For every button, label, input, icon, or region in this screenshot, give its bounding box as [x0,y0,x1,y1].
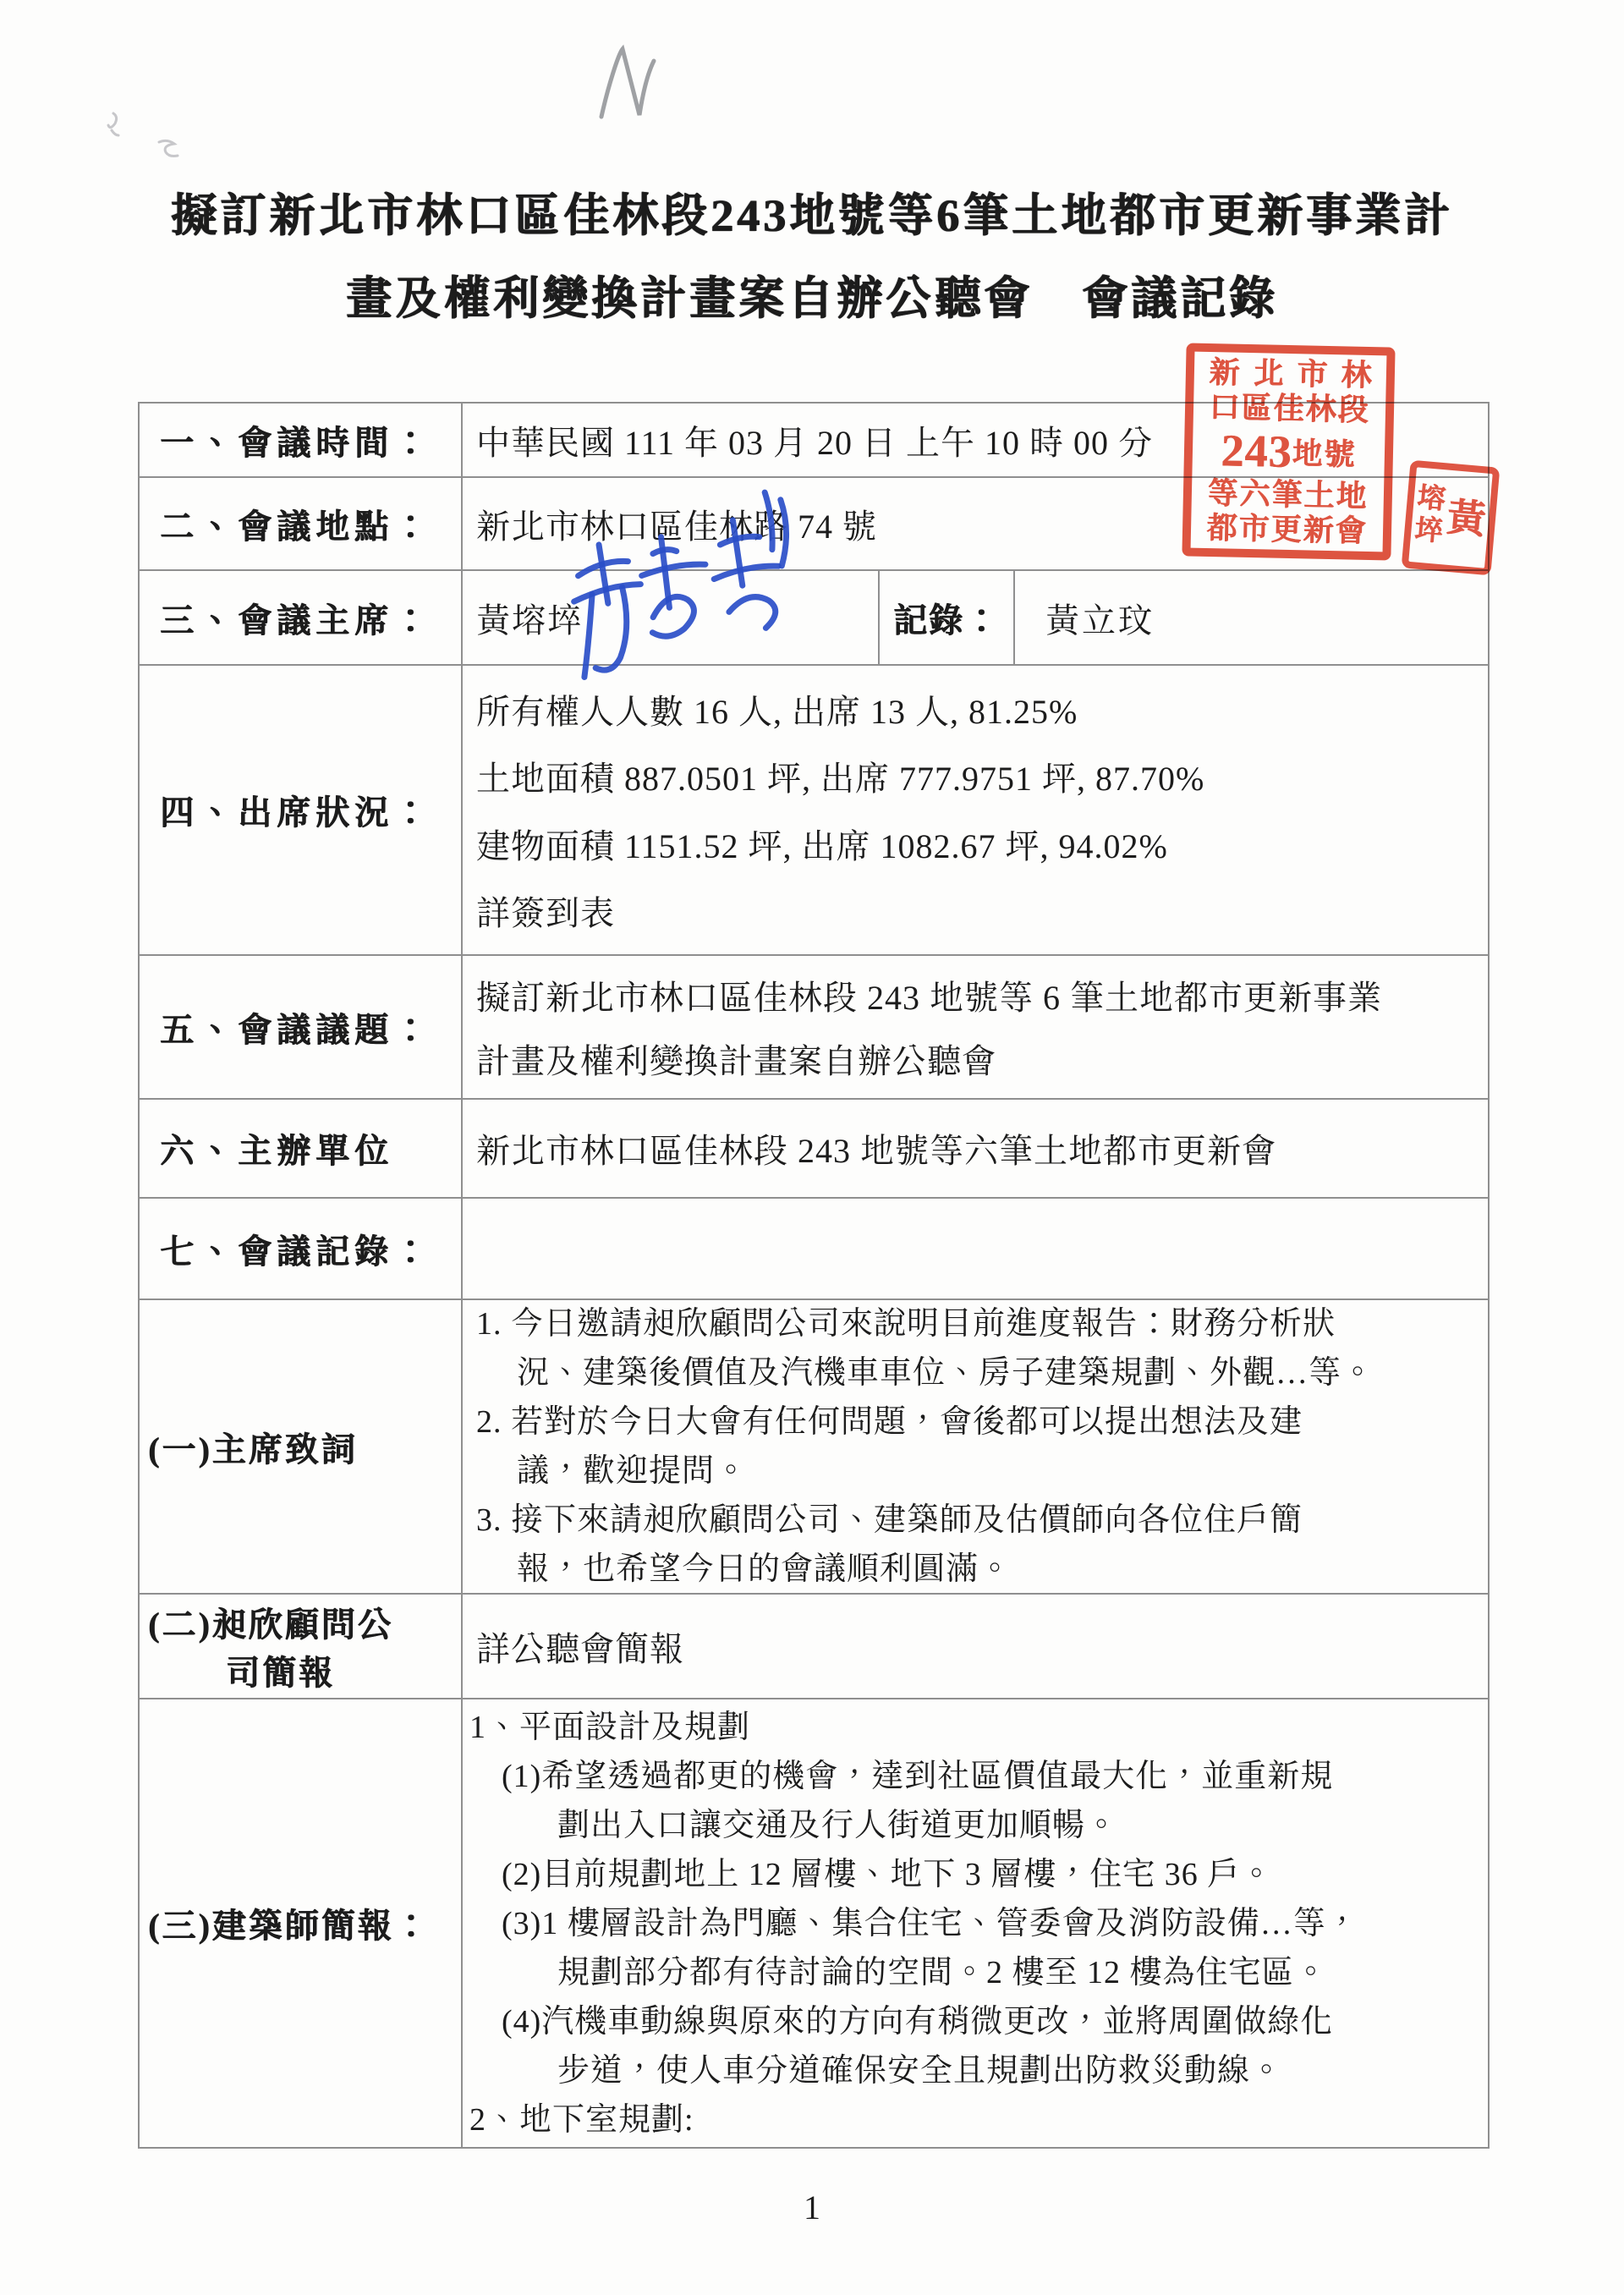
speech-line: 2. 若對於今日大會有任何問題，會後都可以提出想法及建 [463,1397,1488,1447]
name-seal-given-name: 塎 埣 [1413,483,1446,549]
table-row-attendance: 四、出席狀況： 所有權人人數 16 人, 出席 13 人, 81.25% 土地面… [140,666,1488,956]
row-value: 擬訂新北市林口區佳林段 243 地號等 6 筆土地都市更新事業 計畫及權利變換計… [463,956,1488,1098]
speech-line: 況、建築後價值及汽機車車位、房子建築規劃、外觀…等。 [463,1348,1488,1397]
architect-line: 2、地下室規劃: [463,2095,1488,2144]
table-row-organizer: 六、主辦單位 新北市林口區佳林段 243 地號等六筆土地都市更新會 [140,1100,1488,1199]
table-row-chairman-speech: (一)主席致詞 1. 今日邀請昶欣顧問公司來說明目前進度報告：財務分析狀 況、建… [140,1300,1488,1595]
architect-line: 1、平面設計及規劃 [463,1703,1488,1752]
name-seal-stamp: 黃 塎 埣 [1402,460,1501,576]
row-label: (一)主席致詞 [140,1300,463,1593]
pencil-mark-n [596,42,662,124]
row-label: 三、會議主席： [140,571,463,664]
minutes-table: 一、會議時間： 中華民國 111 年 03 月 20 日 上午 10 時 00 … [138,402,1490,2149]
architect-line: 劃出入口讓交通及行人街道更加順暢。 [463,1801,1488,1850]
org-seal-line: 243地號 [1221,427,1357,475]
row-value: 1、平面設計及規劃 (1)希望透過都更的機會，達到社區價值最大化，並重新規 劃出… [463,1699,1488,2147]
row-value: 1. 今日邀請昶欣顧問公司來說明目前進度報告：財務分析狀 況、建築後價值及汽機車… [463,1300,1488,1593]
architect-line: 步道，使人車分道確保安全且規劃出防救災動線。 [463,2046,1488,2095]
org-seal-lot-text: 地號 [1292,436,1357,472]
row-label: 一、會議時間： [140,404,463,476]
row-label-line1: (二)昶欣顧問公 [148,1598,461,1646]
pencil-smudge-mark [152,134,186,167]
row-label: 二、會議地點： [140,478,463,569]
page-number: 1 [0,2188,1624,2227]
table-row-topic: 五、會議議題： 擬訂新北市林口區佳林段 243 地號等 6 筆土地都市更新事業 … [140,956,1488,1100]
document-title-line2: 畫及權利變換計畫案自辦公聽會 會議記錄 [0,262,1624,327]
topic-line: 計畫及權利變換計畫案自辦公聽會 [463,1035,1488,1083]
row-label-line2: 司簡報 [148,1646,461,1694]
table-row-consultant-briefing: (二)昶欣顧問公 司簡報 詳公聽會簡報 [140,1595,1488,1699]
org-seal-line: 口區佳林段 [1209,392,1370,426]
row-value: 新北市林口區佳林段 243 地號等六筆土地都市更新會 [463,1100,1488,1197]
speech-line: 報，也希望今日的會議順利圓滿。 [463,1545,1488,1594]
row-value [463,1199,1488,1298]
attendance-signin-note: 詳簽到表 [463,887,1488,935]
architect-line: 規劃部分都有待討論的空間。2 樓至 12 樓為住宅區。 [463,1948,1488,1997]
attendance-land-area: 土地面積 887.0501 坪, 出席 777.9751 坪, 87.70% [463,752,1488,800]
document-title-line1: 擬訂新北市林口區佳林段243地號等6筆土地都市更新事業計 [0,179,1624,244]
scanned-meeting-minutes-page: 擬訂新北市林口區佳林段243地號等6筆土地都市更新事業計 畫及權利變換計畫案自辦… [0,0,1624,2295]
topic-line: 擬訂新北市林口區佳林段 243 地號等 6 筆土地都市更新事業 [463,971,1488,1019]
speech-line: 3. 接下來請昶欣顧問公司、建築師及估價師向各位住戶簡 [463,1496,1488,1545]
row-label: 六、主辦單位 [140,1100,463,1197]
architect-line: (1)希望透過都更的機會，達到社區價值最大化，並重新規 [463,1752,1488,1801]
pencil-smudge-mark [100,108,129,142]
chairman-signature [535,480,810,700]
row-label: (二)昶欣顧問公 司簡報 [140,1595,463,1698]
name-seal-surname: 黃 [1445,498,1487,541]
speech-line: 議，歡迎提問。 [463,1447,1488,1496]
row-label: 七、會議記錄： [140,1199,463,1298]
organizer-value: 新北市林口區佳林段 243 地號等六筆土地都市更新會 [463,1124,1488,1172]
org-seal-lot-number: 243 [1221,425,1292,477]
speech-line: 1. 今日邀請昶欣顧問公司來說明目前進度報告：財務分析狀 [463,1299,1488,1348]
architect-line: (3)1 樓層設計為門廳、集合住宅、管委會及消防設備…等， [463,1899,1488,1948]
org-seal-line: 新北市林 [1195,356,1385,391]
org-seal-stamp: 新北市林 口區佳林段 243地號 等六筆土地 都市更新會 [1182,343,1395,560]
row-value: 詳公聽會簡報 [463,1595,1488,1698]
table-row-minutes-heading: 七、會議記錄： [140,1199,1488,1300]
architect-line: (2)目前規劃地上 12 層樓、地下 3 層樓，住宅 36 戶。 [463,1850,1488,1899]
recorder-name: 黃立玟 [1015,571,1488,664]
consultant-briefing-value: 詳公聽會簡報 [463,1622,1488,1671]
row-label: 五、會議議題： [140,956,463,1098]
table-row-architect-briefing: (三)建築師簡報： 1、平面設計及規劃 (1)希望透過都更的機會，達到社區價值最… [140,1699,1488,2147]
row-value: 所有權人人數 16 人, 出席 13 人, 81.25% 土地面積 887.05… [463,666,1488,954]
org-seal-line: 等六筆土地 [1207,478,1369,512]
row-label: (三)建築師簡報： [140,1699,463,2147]
org-seal-line: 都市更新會 [1206,513,1368,546]
architect-line: (4)汽機車動線與原來的方向有稍微更改，並將周圍做綠化 [463,1997,1488,2046]
attendance-building-area: 建物面積 1151.52 坪, 出席 1082.67 坪, 94.02% [463,820,1488,868]
recorder-label: 記錄： [880,571,1015,664]
table-row-chairman: 三、會議主席： 黃塎埣 記錄： 黃立玟 [140,571,1488,666]
row-label: 四、出席狀況： [140,666,463,954]
